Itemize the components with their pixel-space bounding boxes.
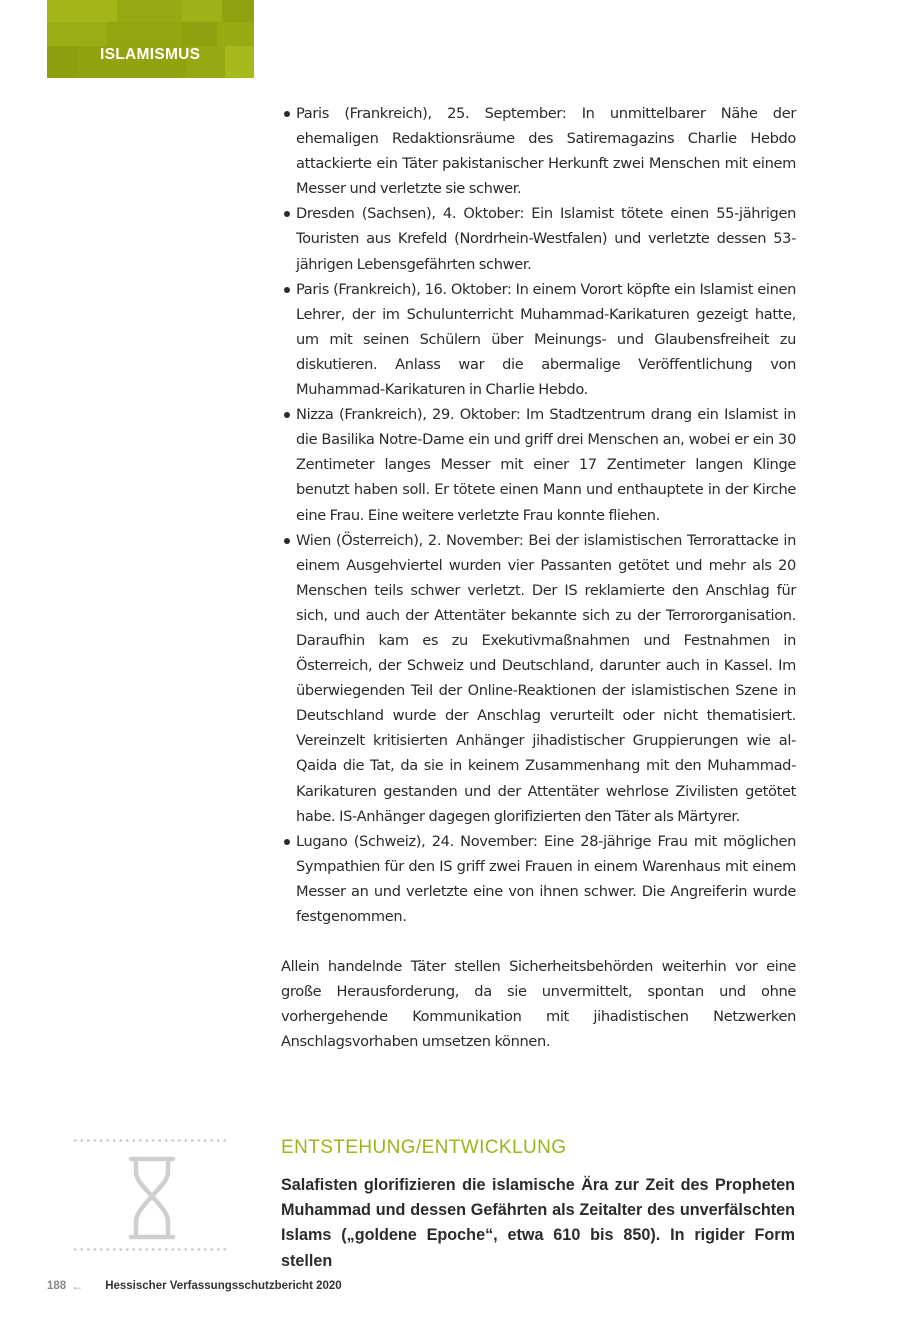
page-footer: 188 ← Hessischer Verfassungsschutzberich… [47, 1279, 342, 1293]
list-item: Lugano (Schweiz), 24. November: Eine 28-… [281, 829, 796, 929]
mosaic-tile [117, 0, 182, 22]
dotted-divider-top [72, 1139, 227, 1142]
mosaic-tile [47, 0, 117, 22]
list-item: Nizza (Frankreich), 29. Oktober: Im Stad… [281, 402, 796, 527]
section-label: ISLAMISMUS [100, 46, 200, 64]
section-header-block: ISLAMISMUS [47, 0, 254, 78]
main-content: Paris (Frankreich), 25. September: In un… [281, 101, 796, 1054]
mosaic-tile [107, 22, 182, 46]
list-item: Paris (Frankreich), 25. September: In un… [281, 101, 796, 201]
list-item: Dresden (Sachsen), 4. Oktober: Ein Islam… [281, 201, 796, 276]
page-number: 188 [47, 1280, 66, 1292]
back-arrow-icon[interactable]: ← [71, 1279, 83, 1293]
mosaic-tile [222, 0, 254, 22]
hourglass-icon [128, 1155, 176, 1241]
mosaic-tile [47, 46, 77, 78]
mosaic-tile [182, 22, 217, 46]
publication-title: Hessischer Verfassungsschutzbericht 2020 [105, 1280, 342, 1292]
mosaic-tile [47, 22, 107, 46]
lead-paragraph: Salafisten glorifizieren die islamische … [281, 1173, 795, 1274]
event-list: Paris (Frankreich), 25. September: In un… [281, 101, 796, 929]
list-item: Wien (Österreich), 2. November: Bei der … [281, 528, 796, 829]
mosaic-tile [217, 22, 254, 46]
mosaic-tile [182, 0, 222, 22]
mosaic-tile [225, 46, 254, 78]
section-heading: ENTSTEHUNG/ENTWICKLUNG [281, 1137, 566, 1159]
dotted-divider-bottom [72, 1248, 227, 1251]
list-item: Paris (Frankreich), 16. Oktober: In eine… [281, 277, 796, 402]
body-paragraph: Allein handelnde Täter stellen Sicherhei… [281, 954, 796, 1054]
